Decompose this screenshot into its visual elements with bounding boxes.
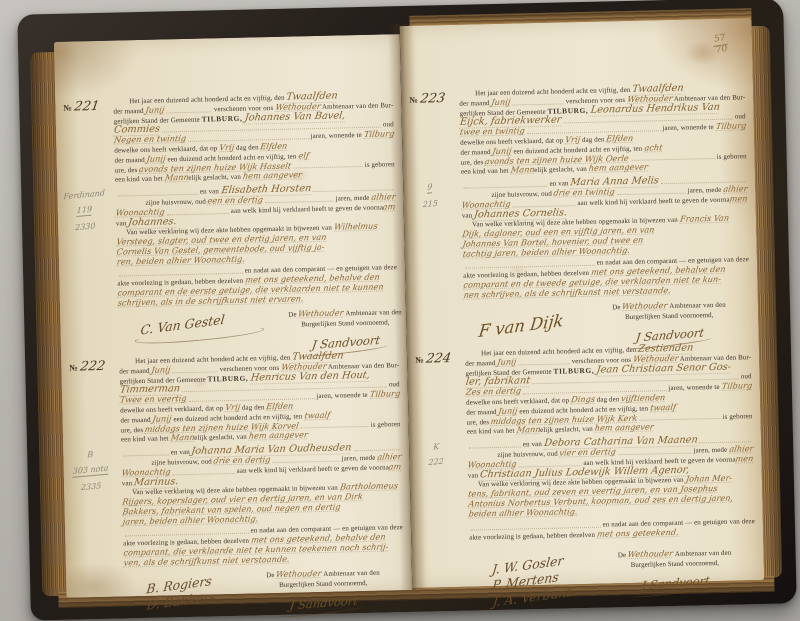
handwritten-text: nen schrijven, als de schrijfkunst niet … [463, 286, 671, 300]
signature-row: J. W. GoslerP. MertensJ. A. VerbuntDe We… [470, 545, 757, 604]
act-margin: №221Ferdinand1192330 [63, 97, 119, 348]
printed-text: ure, des [466, 418, 491, 427]
printed-text: een kind van het [121, 435, 171, 444]
printed-text: ure, des [115, 166, 140, 175]
left-page: №221Ferdinand1192330Het jaar een duizend… [54, 34, 413, 598]
signatures: B. RogiersD. Bakkers [124, 569, 243, 619]
handwritten-text: Vrij [224, 403, 240, 413]
blank-rule [173, 473, 235, 475]
signature-row: B. RogiersD. BakkersDe Wethouder Ambtena… [124, 565, 405, 618]
left-page-acts: №221Ferdinand1192330Het jaar een duizend… [55, 90, 412, 608]
handwritten-text: Henricus Van den Hout, [250, 370, 371, 384]
handwritten-text: Dings [570, 395, 595, 405]
margin-note: B [87, 451, 93, 460]
printed-text: Ambtenaar van den [673, 549, 731, 558]
handwritten-text: Wilhelmus [333, 222, 378, 232]
margin-notes: K222 [417, 443, 456, 467]
folio-number: 57 70 [711, 34, 729, 56]
printed-text: Ambtenaar van den Bur- [320, 101, 393, 111]
act-record: №221Ferdinand1192330Het jaar een duizend… [63, 90, 401, 347]
handwritten-text: Vrij [564, 135, 580, 145]
handwritten-text: twaalf [303, 411, 330, 421]
handwritten-text: Mann [516, 425, 541, 435]
blank-rule [123, 454, 169, 456]
handwritten-text: Elfden [266, 402, 294, 412]
handwritten-text: Tilburg [369, 389, 401, 399]
act-body: Het jaar een duizend acht honderd acht e… [459, 82, 753, 338]
handwritten-text: Junij [145, 105, 165, 115]
handwritten-text: drie en dertig [213, 455, 271, 466]
numero-symbol: № [63, 103, 72, 113]
folio-bottom-number: 70 [715, 45, 728, 56]
handwritten-text: twee en twintig [459, 126, 525, 137]
handwritten-text: Tilburg [715, 121, 747, 131]
printed-text: is geboren [365, 160, 395, 169]
printed-text: der maand [465, 359, 497, 368]
printed-text: een kind van het [467, 427, 517, 436]
handwritten-text: Junij [491, 97, 511, 107]
printed-text: Ambtenaar van den [668, 301, 726, 310]
blank-rule [294, 166, 363, 169]
register-book: №221Ferdinand1192330Het jaar een duizend… [17, 0, 797, 621]
act-margin: №224K222 [415, 349, 471, 600]
photo-background: №221Ferdinand1192330Het jaar een duizend… [0, 0, 800, 621]
printed-text: jaren, mede [688, 186, 724, 195]
handwritten-text: Wethouder [627, 549, 674, 559]
margin-note: 303 nota [73, 465, 109, 478]
numero-symbol: № [69, 362, 78, 372]
blank-rule [518, 363, 569, 365]
act-record: №224K222Het jaar een duizend acht honder… [415, 342, 759, 600]
printed-text: Ambtenaar van den [344, 308, 402, 317]
handwritten-text: Elfden [606, 134, 634, 144]
indent [461, 197, 491, 198]
handwritten-text: men [729, 194, 748, 204]
act-body: Het jaar een duizend acht honderd acht e… [119, 350, 407, 606]
margin-note: 2330 [75, 222, 96, 232]
handwritten-text: drie en twintig [553, 187, 616, 198]
numero-symbol: № [415, 355, 424, 365]
handwritten-text: hem aangever [248, 431, 308, 442]
printed-text: der maand [113, 107, 145, 116]
printed-text: der maand [459, 99, 491, 108]
blank-rule [469, 446, 521, 448]
handwritten-text: hem aangever [242, 171, 302, 182]
act-number-value: 224 [425, 351, 452, 367]
handwritten-text: Tilburg [721, 381, 753, 391]
printed-text: dag den [595, 395, 622, 404]
act-margin: №222B303 nota2335 [69, 357, 125, 608]
handwritten-text: Wethouder [298, 308, 345, 318]
signatures: F van Dijk [464, 301, 589, 351]
printed-text: dag den [240, 403, 267, 412]
handwritten-text: Mann [510, 165, 535, 175]
officiant-block: De Wethouder Ambtenaar van denBurgerlijk… [593, 545, 756, 602]
officiant-block: De Wethouder Ambtenaar van denBurgerlijk… [588, 297, 751, 348]
margin-note: 9 [427, 183, 433, 194]
printed-text: zijne huisvrouw, oud [491, 190, 553, 199]
handwritten-text: Wethouder [276, 569, 323, 579]
handwritten-text: Marinus. [133, 477, 179, 489]
signature-row: C. Van GestelDe Wethouder Ambtenaar van … [118, 305, 399, 358]
printed-text: en van [171, 448, 192, 456]
printed-text: van [468, 471, 480, 479]
printed-text: TILBURG, [553, 365, 596, 375]
printed-text: Ambtenaar van den [322, 568, 380, 577]
margin-note: 2335 [81, 482, 102, 492]
handwritten-text: elf [298, 151, 310, 160]
margin-note: 119 [77, 206, 93, 217]
blank-rule [167, 111, 212, 113]
printed-text: is geboren [371, 420, 401, 429]
handwritten-text: acht [644, 143, 663, 153]
right-page: 57 70 №2239215Het jaar een duizend acht … [400, 18, 765, 588]
handwritten-text: Junij [498, 406, 518, 416]
signatures: C. Van Gestel [118, 308, 265, 358]
printed-text: is geboren [717, 152, 747, 161]
act-number-value: 222 [79, 359, 106, 375]
printed-text: jaren, wonende te [668, 383, 721, 392]
blank-rule [273, 460, 340, 463]
margin-notes: B303 nota2335 [71, 451, 110, 492]
printed-text: jaren, mede [336, 194, 372, 203]
printed-text: dag den [234, 143, 261, 152]
printed-text: zijne huisvrouw, oud [145, 197, 207, 206]
handwritten-text: Junij [492, 146, 512, 156]
blank-rule [172, 371, 217, 373]
printed-text: een kind van het [115, 175, 165, 184]
act-number-value: 223 [419, 91, 446, 107]
handwritten-text: schrijven, als in de schrijfkunst niet e… [117, 294, 304, 307]
handwritten-text: Junij [146, 154, 166, 164]
handwritten-text: am [382, 202, 396, 212]
printed-text: elijk geslacht, van [188, 173, 243, 182]
act-number: №222 [69, 357, 119, 376]
officiant-block: De Wethouder Ambtenaar van denBurgerlijk… [264, 304, 427, 355]
indent [467, 457, 497, 458]
indent [116, 205, 146, 206]
printed-text: zijne huisvrouw, oud [151, 457, 213, 466]
handwritten-text: Elfden [260, 142, 288, 152]
handwritten-text: Junij [151, 365, 171, 375]
handwritten-text: Negen en twintig [113, 134, 186, 145]
handwritten-text: Tilburg [363, 129, 395, 139]
handwritten-text: am [388, 462, 402, 472]
blank-rule [167, 213, 229, 215]
margin-note: 215 [423, 200, 439, 209]
blank-rule [265, 200, 333, 203]
handwritten-text: Johannes Van Bavel, [244, 111, 346, 124]
handwritten-text: ven, als de schrijfkunst niet verstaande… [123, 555, 290, 568]
blank-rule [301, 426, 369, 429]
handwritten-text: vier en dertig [559, 447, 617, 458]
margin-note: Ferdinand [63, 189, 105, 201]
act-number: №223 [409, 89, 459, 108]
handwritten-text: twaalf [649, 403, 676, 413]
handwritten-text: Johannes Cornelis. [473, 208, 568, 221]
printed-text: der maand [119, 367, 151, 376]
signature-row: F van DijkDe Wethouder Ambtenaar van den… [464, 297, 751, 350]
printed-text: elijk geslacht, van [534, 165, 589, 174]
margin-note: K [433, 443, 439, 452]
handwritten-text: Junij [152, 414, 172, 424]
printed-text: en van [523, 440, 544, 448]
handwritten-text: Wethouder [622, 301, 669, 311]
handwritten-text: Johannes. [128, 217, 178, 229]
handwritten-text: hem aangever [594, 423, 654, 434]
printed-text: jaren, wonende te [316, 391, 369, 400]
printed-text: jaren, mede [693, 446, 729, 455]
printed-text: jaren, wonende te [662, 123, 715, 132]
printed-text: van [116, 219, 128, 227]
printed-text: TILBURG, [207, 373, 250, 383]
act-body: Het jaar een duizend acht honderd acht e… [465, 342, 759, 598]
indent [121, 465, 151, 466]
handwritten-text: Twee en veertig [119, 394, 187, 405]
handwritten-text: Vrij [219, 143, 235, 153]
handwritten-text: Mann [164, 173, 189, 183]
printed-text: een kind van het [461, 167, 511, 176]
officiant-signature: J Sandvoort [631, 573, 719, 598]
right-page-acts: №2239215Het jaar een duizend acht honder… [401, 82, 764, 600]
blank-rule [512, 103, 563, 105]
blank-rule [617, 192, 686, 195]
officiant-block: De Wethouder Ambtenaar van denBurgerlijk… [242, 565, 405, 616]
handwritten-text: een en dertig [207, 195, 264, 205]
handwritten-text: Junij [497, 357, 517, 367]
printed-text: ure, des [121, 426, 146, 435]
printed-text: is geboren [722, 412, 752, 421]
printed-text: jaren, wonende te [310, 131, 363, 140]
signatures: J. W. GoslerP. MertensJ. A. Verbunt [470, 549, 595, 605]
handwritten-text: Zes en dertig [465, 387, 521, 397]
printed-text: van [462, 211, 474, 219]
act-record: №222B303 nota2335Het jaar een duizend ac… [69, 350, 407, 607]
act-body: Het jaar een duizend acht honderd acht e… [113, 90, 401, 346]
act-record: №2239215Het jaar een duizend acht honder… [409, 82, 753, 340]
act-number-value: 221 [73, 99, 100, 115]
printed-text: jaren, mede [342, 454, 378, 463]
act-number: №224 [415, 349, 465, 368]
printed-text: ure, des [461, 158, 486, 167]
officiant-signature: J Sandvoort [280, 592, 368, 617]
handwritten-text: men [735, 454, 754, 464]
printed-text: dag den [580, 135, 607, 144]
act-number: №221 [63, 97, 113, 116]
handwritten-text: Francis Van [679, 214, 729, 224]
margin-notes: 9215 [411, 183, 450, 209]
printed-text: zijne huisvrouw, oud [497, 450, 559, 459]
printed-text: elijk geslacht, van [194, 433, 249, 442]
handwritten-text: hem aangever [588, 163, 648, 174]
printed-text: elijk geslacht, van [540, 425, 595, 434]
numero-symbol: № [409, 95, 418, 105]
printed-text: TILBURG, [202, 113, 245, 123]
printed-text: van [122, 479, 134, 487]
handwritten-text: Mann [170, 433, 195, 443]
margin-note: 222 [429, 458, 445, 467]
act-margin: №2239215 [409, 89, 465, 340]
signature: F van Dijk [478, 312, 565, 341]
margin-notes: Ferdinand1192330 [65, 191, 104, 232]
